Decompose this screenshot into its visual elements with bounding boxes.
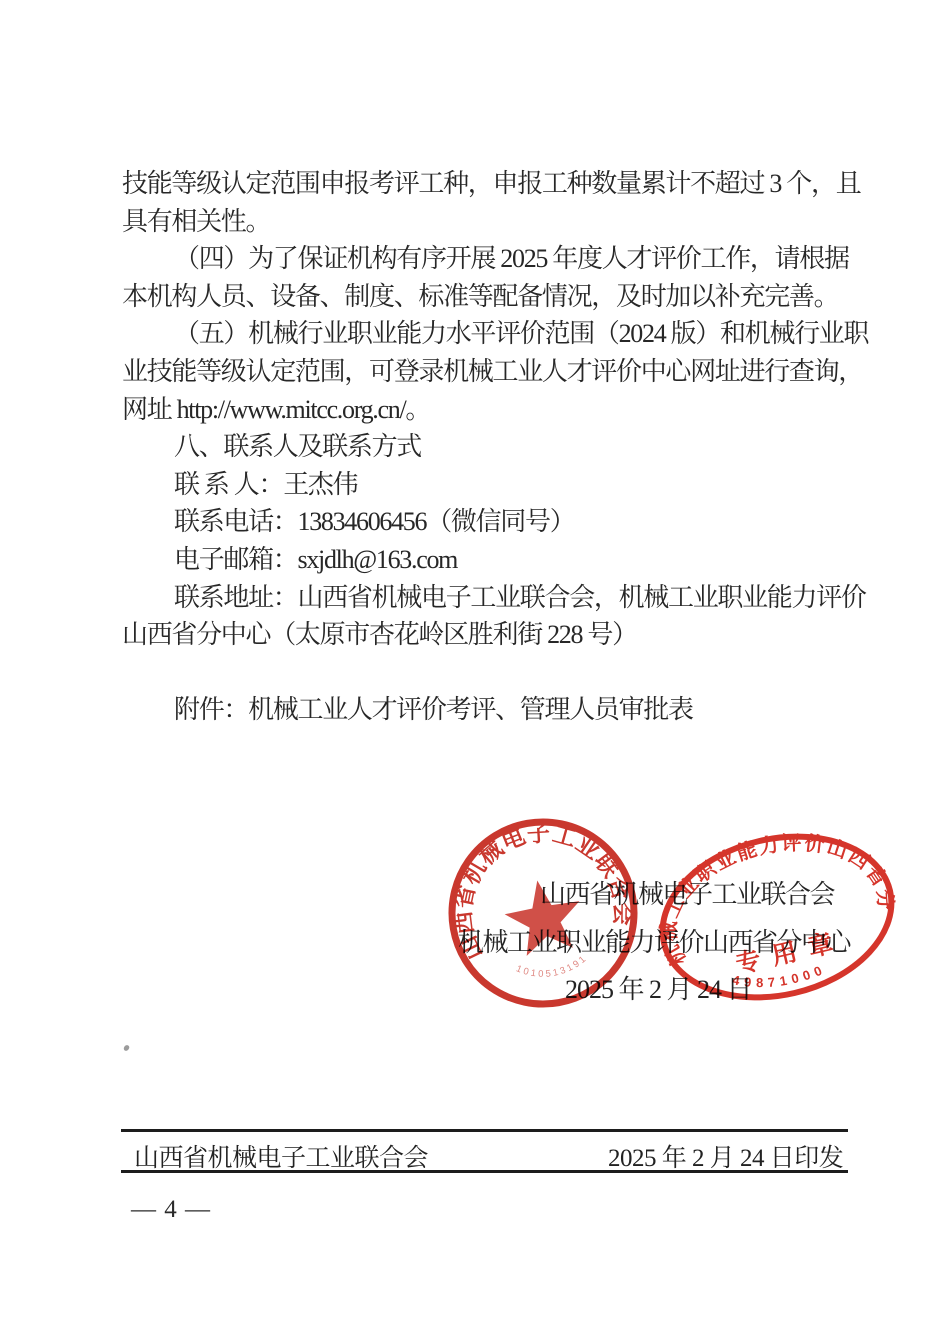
body-line: 业技能等级认定范围，可登录机械工业人才评价中心网址进行查询， xyxy=(122,353,862,391)
star-icon xyxy=(500,874,587,958)
oval-seal-stamp: 机械工业职业能力评价山西省分中心 专用章 49871000 xyxy=(630,820,930,1015)
body-line: 本机构人员、设备、制度、标准等配备情况，及时加以补充完善。 xyxy=(122,278,862,316)
footer-print-date: 2025 年 2 月 24 日印发 xyxy=(608,1138,843,1174)
page-number: — 4 — xyxy=(131,1196,211,1224)
footer-rule-top xyxy=(121,1129,848,1132)
body-line-contact-email: 电子邮箱：sxjdlh@163.com xyxy=(122,541,862,579)
round-seal-serial: 1010513191 xyxy=(513,951,592,986)
body-line: （五）机械行业职业能力水平评价范围（2024 版）和机械行业职 xyxy=(122,315,862,353)
body-line-contact-name: 联 系 人：王杰伟 xyxy=(122,466,862,504)
body-text: 技能等级认定范围申报考评工种，申报工种数量累计不超过 3 个，且 具有相关性。 … xyxy=(122,165,862,729)
scan-speck-artifact xyxy=(123,1044,130,1052)
svg-text:1010513191: 1010513191 xyxy=(513,951,592,986)
body-line-contact-phone: 联系电话：13834606456（微信同号） xyxy=(122,503,862,541)
body-line-contact-address2: 山西省分中心（太原市杏花岭区胜利街 228 号） xyxy=(122,616,862,654)
body-line-contact-address: 联系地址：山西省机械电子工业联合会，机械工业职业能力评价 xyxy=(122,579,862,617)
body-line-section-heading: 八、联系人及联系方式 xyxy=(122,428,862,466)
body-line-attachment: 附件：机械工业人才评价考评、管理人员审批表 xyxy=(122,691,862,729)
oval-seal-center-text: 专用章 xyxy=(733,926,848,979)
body-line: 具有相关性。 xyxy=(122,203,862,241)
body-line-url: 网址 http://www.mitcc.org.cn/。 xyxy=(122,391,862,429)
body-line: 技能等级认定范围申报考评工种，申报工种数量累计不超过 3 个，且 xyxy=(122,165,862,203)
footer-rule-bottom xyxy=(121,1170,848,1173)
document-page: 技能等级认定范围申报考评工种，申报工种数量累计不超过 3 个，且 具有相关性。 … xyxy=(0,0,952,1328)
footer-issuer: 山西省机械电子工业联合会 xyxy=(134,1138,428,1174)
body-line-blank xyxy=(122,654,862,692)
round-seal-stamp: 山西省机械电子工业联合会 1010513191 xyxy=(438,808,648,1018)
body-line: （四）为了保证机构有序开展 2025 年度人才评价工作，请根据 xyxy=(122,240,862,278)
